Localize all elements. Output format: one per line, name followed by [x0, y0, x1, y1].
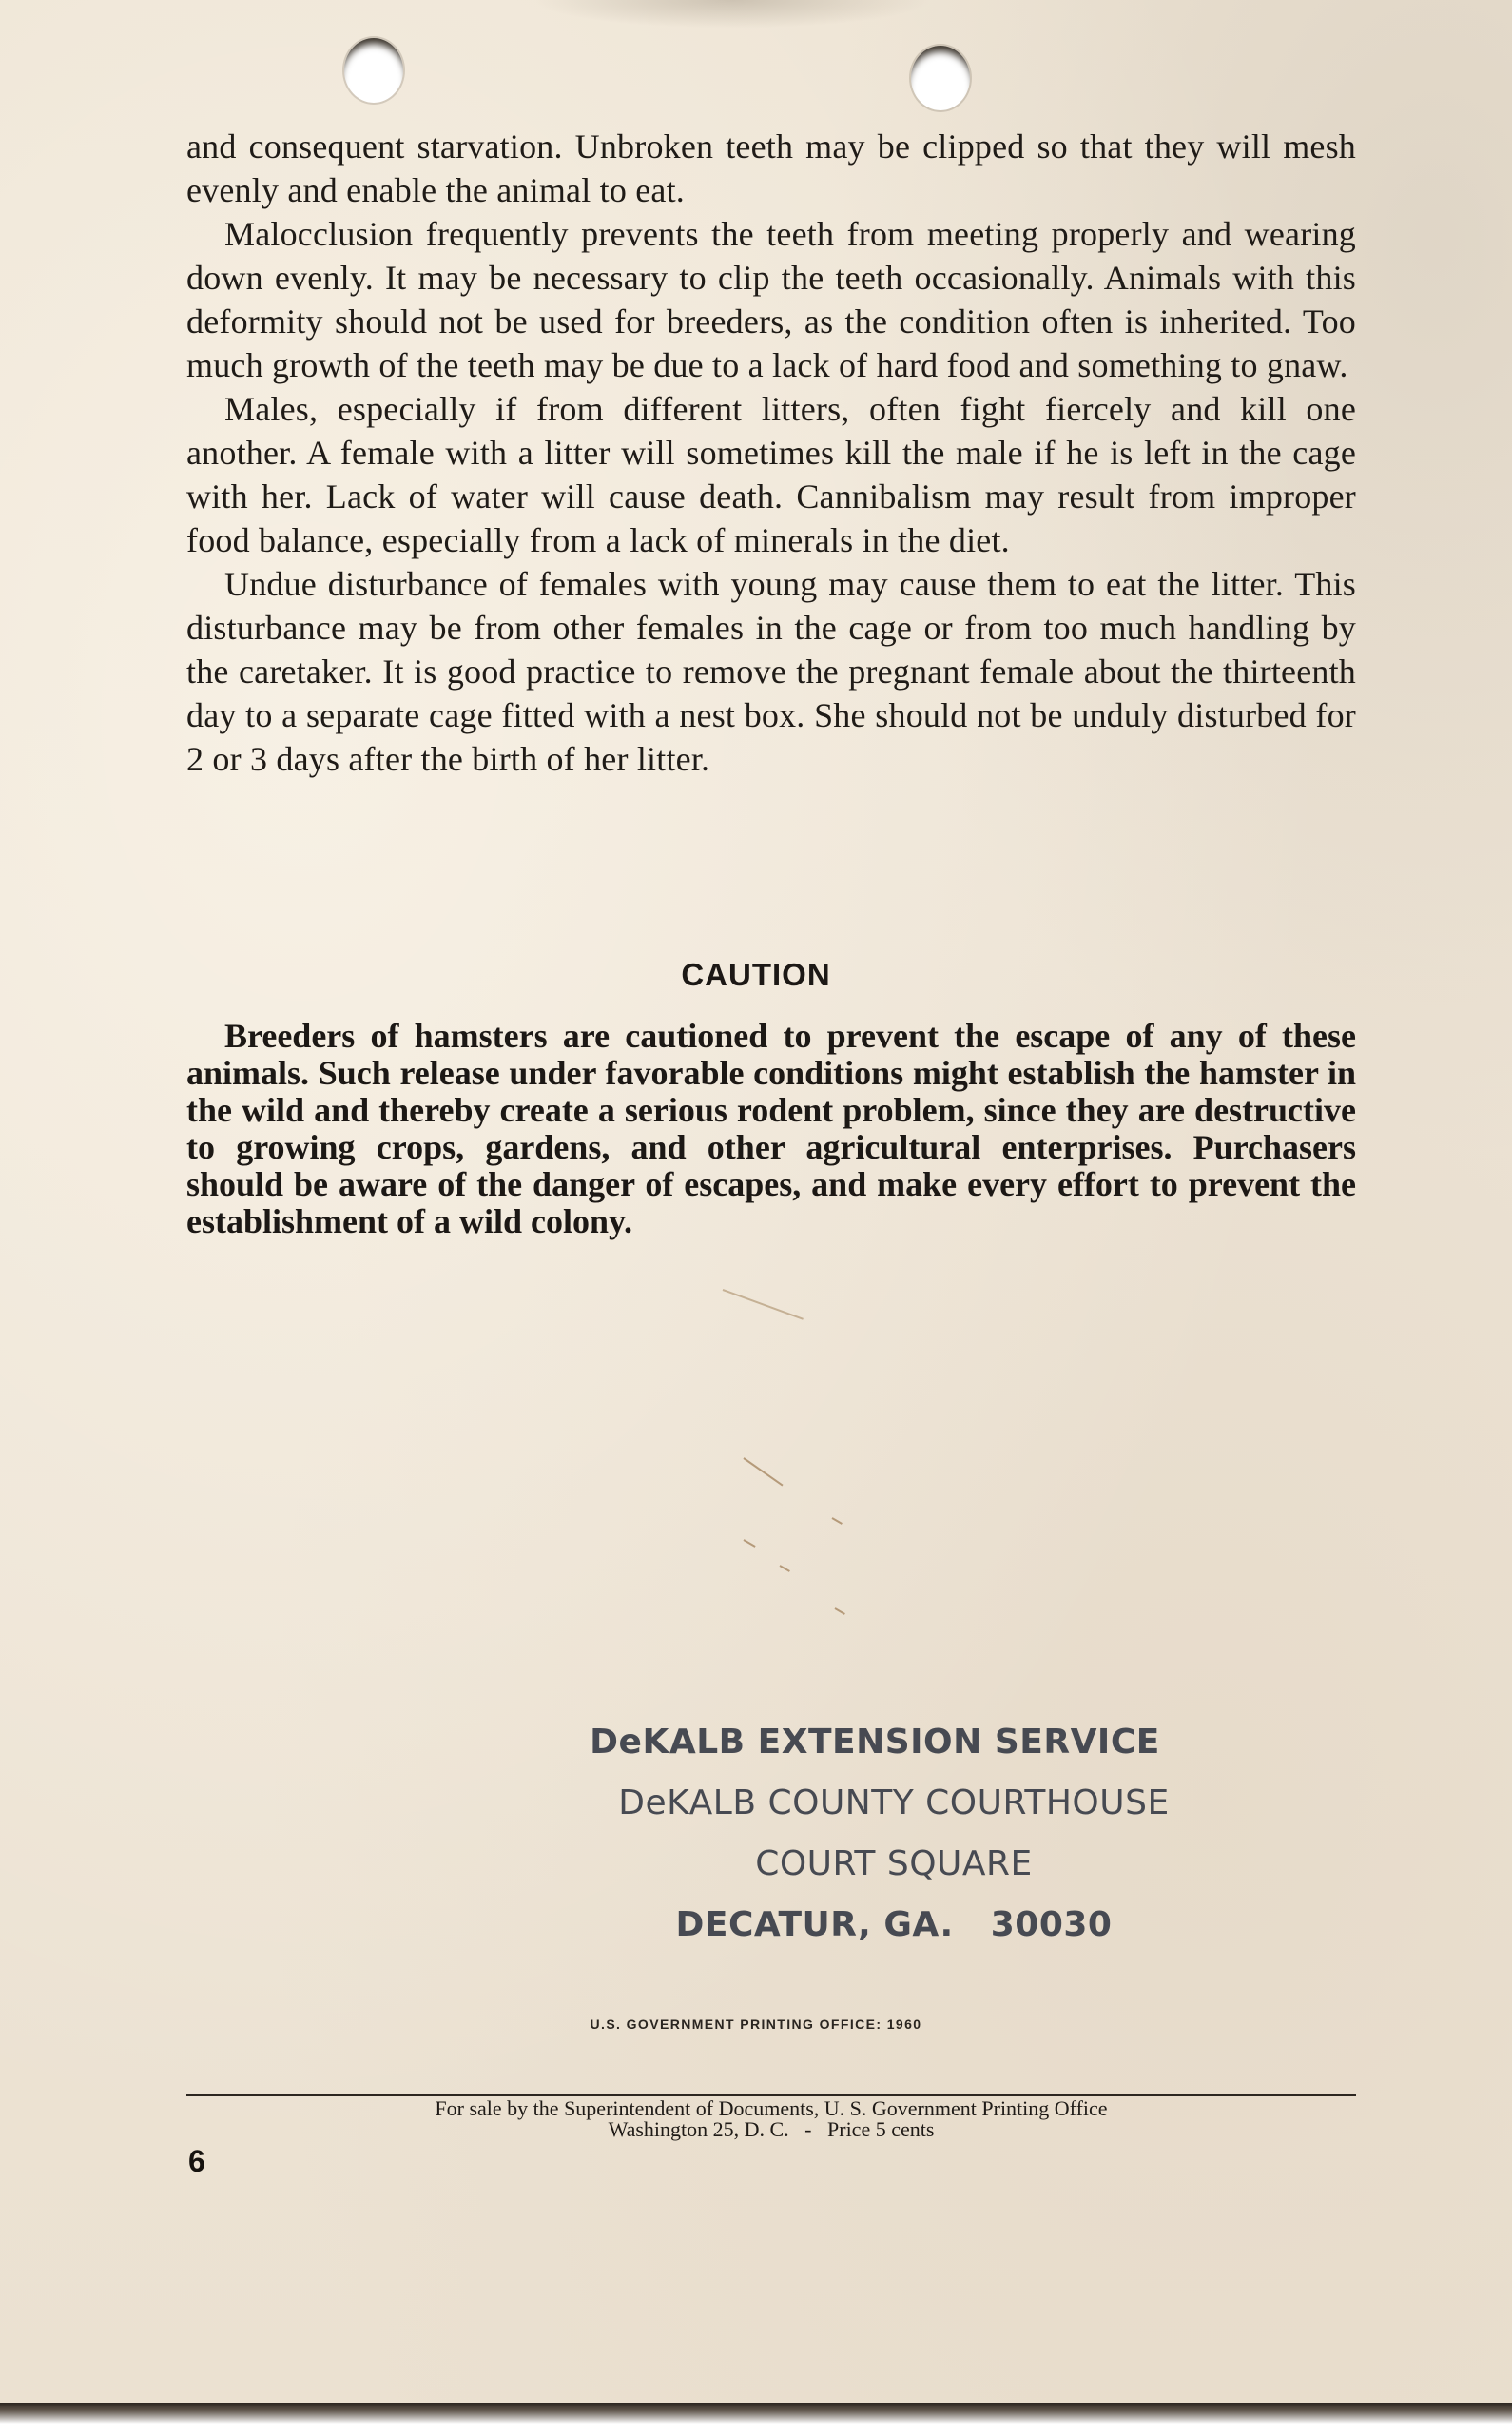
paragraph-males: Males, especially if from different litt… [186, 387, 1356, 562]
stamp-line-4: DECATUR, GA. 30030 [571, 1895, 1217, 1956]
caution-paragraph: Breeders of hamsters are cautioned to pr… [186, 1018, 1356, 1240]
sale-notice: For sale by the Superintendent of Docume… [186, 2098, 1356, 2140]
pencil-mark [743, 1457, 783, 1486]
pencil-mark [835, 1607, 845, 1615]
punch-hole-left [344, 38, 403, 103]
pencil-mark [780, 1565, 790, 1572]
pencil-mark [832, 1517, 843, 1525]
sale-notice-line-1: For sale by the Superintendent of Docume… [186, 2098, 1356, 2119]
stamp-line-2: DeKALB COUNTY COURTHOUSE [571, 1773, 1217, 1834]
caution-heading: CAUTION [0, 957, 1512, 993]
page-number: 6 [188, 2144, 205, 2179]
caution-box: Breeders of hamsters are cautioned to pr… [186, 1018, 1356, 1240]
printer-imprint: U.S. GOVERNMENT PRINTING OFFICE: 1960 [0, 2016, 1512, 2032]
pencil-mark [723, 1289, 804, 1320]
paragraph-malocclusion: Malocclusion frequently prevents the tee… [186, 212, 1356, 387]
sale-notice-line-2: Washington 25, D. C. - Price 5 cents [186, 2119, 1356, 2140]
stamp-line-3: COURT SQUARE [571, 1834, 1217, 1895]
body-text: and consequent starvation. Unbroken teet… [186, 125, 1356, 781]
paper-crease [533, 0, 932, 29]
punch-hole-right [911, 46, 970, 110]
document-page: and consequent starvation. Unbroken teet… [0, 0, 1512, 2405]
paragraph-disturbance: Undue disturbance of females with young … [186, 562, 1356, 781]
paragraph-continued: and consequent starvation. Unbroken teet… [186, 125, 1356, 212]
stamp-line-1: DeKALB EXTENSION SERVICE [533, 1712, 1217, 1773]
page-bottom-shadow [0, 2403, 1512, 2424]
address-stamp: DeKALB EXTENSION SERVICE DeKALB COUNTY C… [571, 1712, 1217, 1956]
pencil-mark [744, 1539, 756, 1548]
